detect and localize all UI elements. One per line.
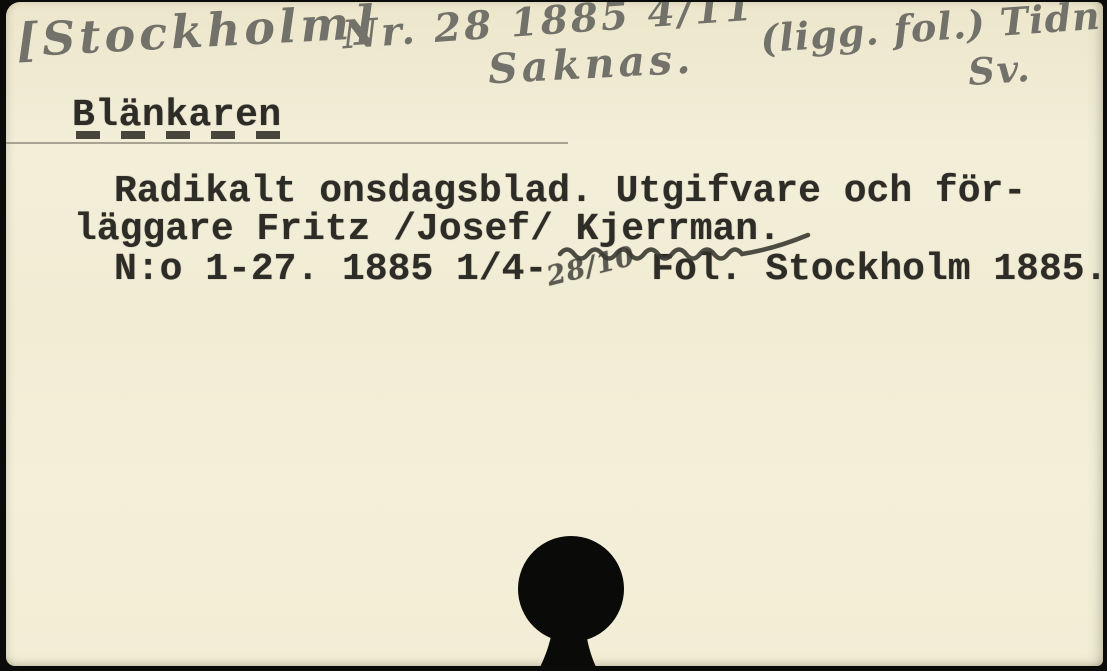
body-line-3: N:o 1-27. 1885 1/4-28/10Fol. Stockholm 1… — [114, 251, 1103, 289]
handwritten-missing-note: Saknas. — [487, 35, 696, 94]
body-line-3-start: N:o 1-27. 1885 1/4- — [114, 248, 547, 291]
body-line-2: läggare Fritz /Josef/ Kjerrman. — [74, 211, 781, 249]
card-title: Blänkaren — [72, 97, 282, 135]
handwritten-place-annotation: [Stockholm] — [15, 2, 380, 67]
handwritten-format-note: (ligg. fol.) Tidn. — [759, 2, 1103, 61]
horizontal-rule-line — [6, 142, 568, 144]
title-dashed-underline — [76, 131, 292, 139]
index-card: [Stockholm] Nr. 28 1885 4/11 Saknas. (li… — [6, 2, 1103, 666]
body-line-1: Radikalt onsdagsblad. Utgifvare och för- — [114, 173, 1026, 211]
keyhole-punch-hole — [504, 532, 640, 666]
body-line-3-end: Fol. Stockholm 1885. — [651, 248, 1103, 291]
handwritten-collection-note: Sv. — [967, 46, 1033, 94]
